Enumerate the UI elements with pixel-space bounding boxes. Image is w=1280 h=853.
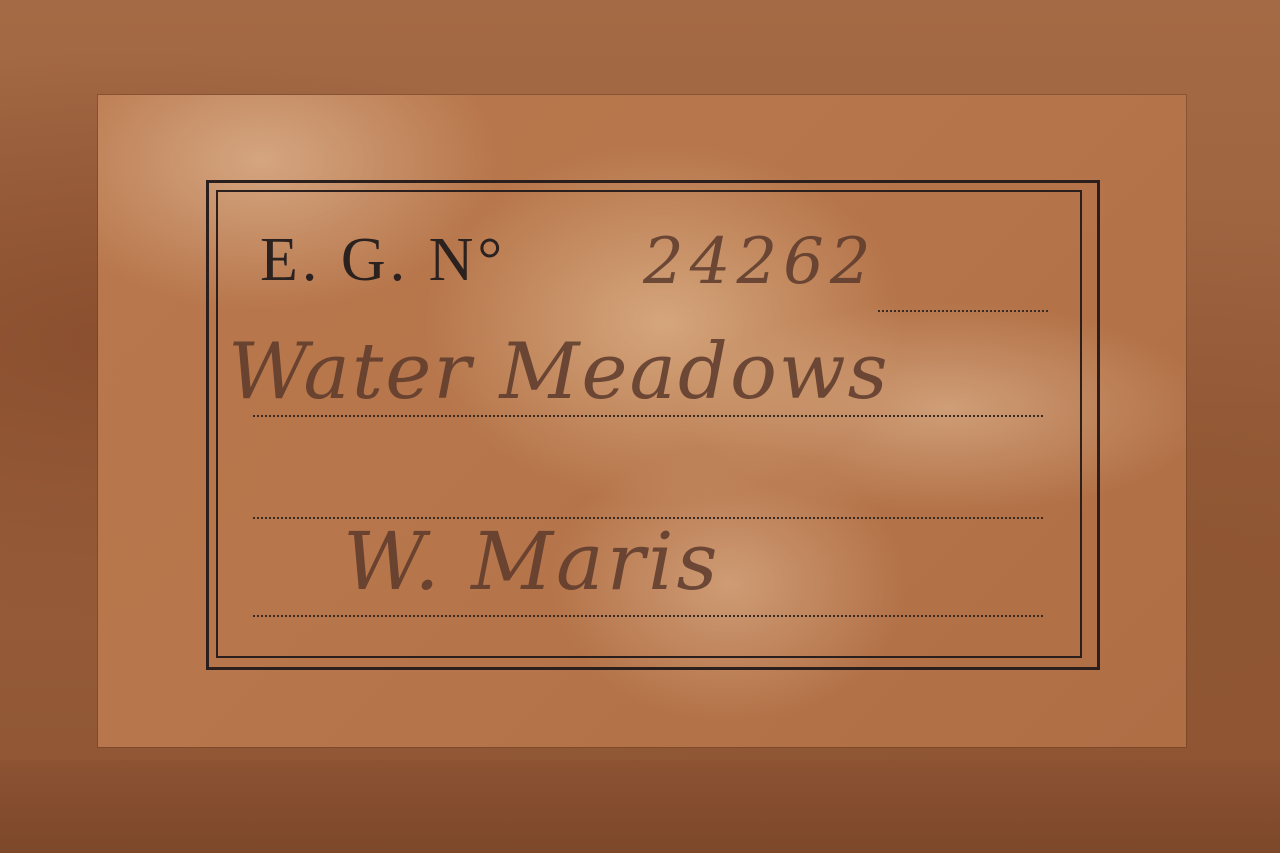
printed-prefix: E. G. N° — [260, 225, 506, 296]
artwork-title: Water Meadows — [228, 327, 890, 417]
inventory-number: 24262 — [643, 225, 877, 299]
paper-label: E. G. N° 24262 Water Meadows W. Maris — [98, 95, 1186, 747]
wooden-backboard — [0, 760, 1280, 853]
dotted-line — [253, 415, 1043, 417]
dotted-line — [253, 615, 1043, 617]
dotted-line — [878, 310, 1048, 312]
artist-name: W. Maris — [343, 515, 721, 608]
